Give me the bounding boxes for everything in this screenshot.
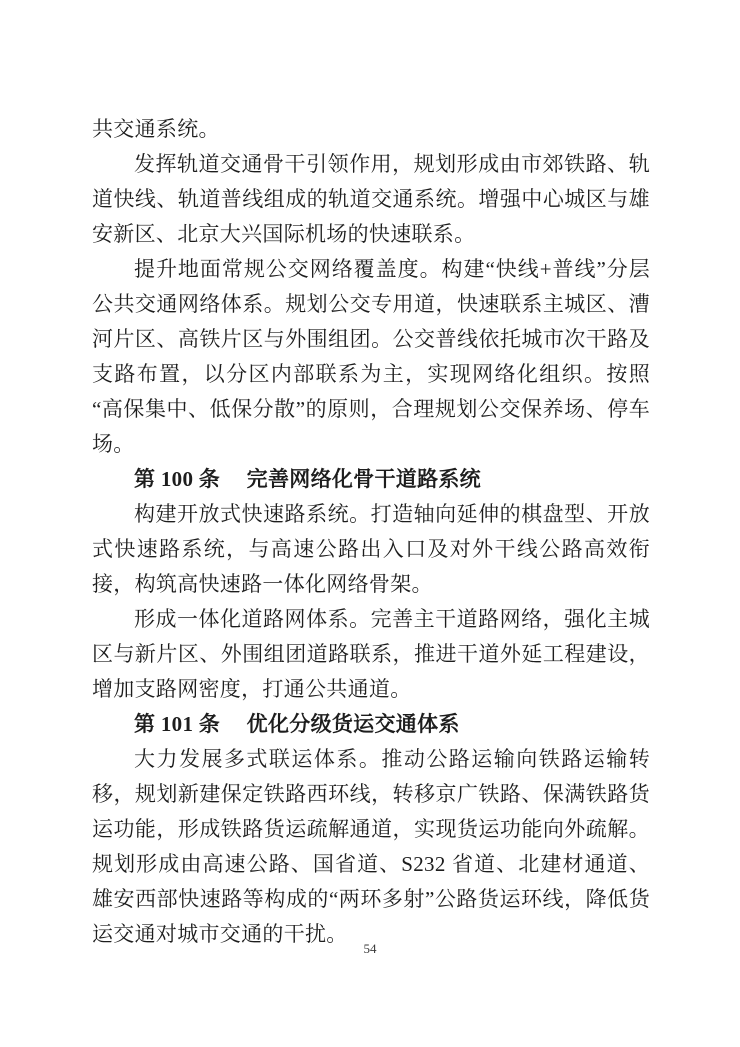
article-title: 优化分级货运交通体系 — [247, 712, 460, 736]
paragraph-continuation: 共交通系统。 — [92, 112, 650, 147]
paragraph-bus-network: 提升地面常规公交网络覆盖度。构建“快线+普线”分层公共交通网络体系。规划公交专用… — [92, 252, 650, 462]
document-body: 共交通系统。 发挥轨道交通骨干引领作用，规划形成由市郊铁路、轨道快线、轨道普线组… — [92, 112, 650, 952]
paragraph-rail-transit: 发挥轨道交通骨干引领作用，规划形成由市郊铁路、轨道快线、轨道普线组成的轨道交通系… — [92, 147, 650, 252]
article-number: 第 100 条 — [134, 467, 220, 491]
document-page: 共交通系统。 发挥轨道交通骨干引领作用，规划形成由市郊铁路、轨道快线、轨道普线组… — [0, 0, 740, 1047]
paragraph-expressway-system: 构建开放式快速路系统。打造轴向延伸的棋盘型、开放式快速路系统，与高速公路出入口及… — [92, 497, 650, 602]
article-heading-100: 第 100 条 完善网络化骨干道路系统 — [92, 462, 650, 497]
page-number: 54 — [0, 940, 740, 958]
paragraph-freight-system: 大力发展多式联运体系。推动公路运输向铁路运输转移，规划新建保定铁路西环线，转移京… — [92, 742, 650, 952]
paragraph-road-network: 形成一体化道路网体系。完善主干道路网络，强化主城区与新片区、外围组团道路联系，推… — [92, 602, 650, 707]
article-heading-101: 第 101 条 优化分级货运交通体系 — [92, 707, 650, 742]
article-number: 第 101 条 — [134, 712, 220, 736]
article-title: 完善网络化骨干道路系统 — [247, 467, 481, 491]
